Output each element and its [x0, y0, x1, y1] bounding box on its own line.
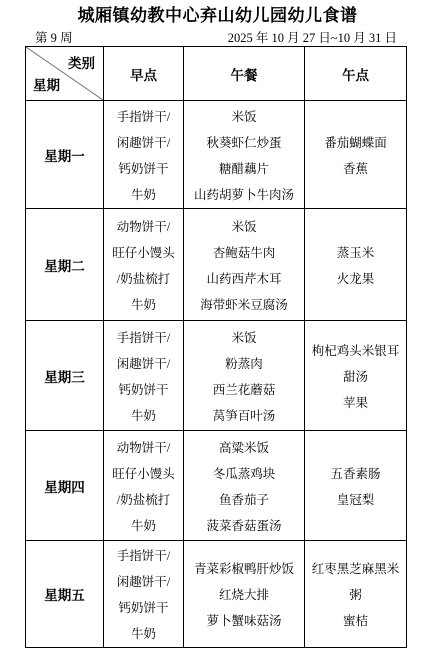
- menu-item: 米饭: [184, 213, 304, 239]
- table-row-monday: 星期一 手指饼干/ 闲趣饼干/ 钙奶饼干 牛奶 米饭 秋葵虾仁炒蛋 糖醋藕片 山…: [26, 101, 407, 209]
- corner-label-day: 星期: [33, 74, 60, 94]
- menu-item: 西兰花蘑菇: [184, 376, 304, 402]
- menu-item: 钙奶饼干: [104, 376, 183, 402]
- menu-table: 类别 星期 早点 午餐 午点 星期一 手指饼干/ 闲趣饼干/ 钙奶饼干 牛奶 米…: [25, 46, 407, 648]
- menu-item: 粉蒸肉: [184, 350, 304, 376]
- snack-cell: 蒸玉米 火龙果: [305, 209, 407, 321]
- menu-item: 萝卜蟹味菇汤: [184, 607, 304, 633]
- table-row-wednesday: 星期三 手指饼干/ 闲趣饼干/ 钙奶饼干 牛奶 米饭 粉蒸肉 西兰花蘑菇 莴笋百…: [26, 321, 407, 431]
- day-label: 星期一: [26, 101, 104, 209]
- day-label: 星期三: [26, 321, 104, 431]
- date-range: 2025 年 10 月 27 日~10 月 31 日: [228, 28, 397, 46]
- snack-cell: 五香素肠 皇冠梨: [305, 431, 407, 541]
- menu-item: 牛奶: [104, 291, 183, 317]
- day-label: 星期四: [26, 431, 104, 541]
- menu-item: 动物饼干/: [104, 213, 183, 239]
- breakfast-cell: 动物饼干/ 旺仔小馒头 /奶盐梳打 牛奶: [104, 431, 184, 541]
- menu-item: 钙奶饼干: [104, 594, 183, 620]
- day-label: 星期二: [26, 209, 104, 321]
- table-row-thursday: 星期四 动物饼干/ 旺仔小馒头 /奶盐梳打 牛奶 高粱米饭 冬瓜蒸鸡块 鱼香茄子…: [26, 431, 407, 541]
- menu-item: 闲趣饼干/: [104, 568, 183, 594]
- menu-item: 香蕉: [305, 155, 406, 181]
- menu-item: 手指饼干/: [104, 542, 183, 568]
- menu-item: 钙奶饼干: [104, 155, 183, 181]
- corner-label-category: 类别: [68, 52, 95, 72]
- column-header-breakfast: 早点: [104, 47, 184, 101]
- breakfast-cell: 手指饼干/ 闲趣饼干/ 钙奶饼干 牛奶: [104, 321, 184, 431]
- menu-item: 米饭: [184, 103, 304, 129]
- page-title: 城厢镇幼教中心弃山幼儿园幼儿食谱: [0, 0, 435, 26]
- menu-item: 山药胡萝卜牛肉汤: [184, 181, 304, 207]
- menu-item: 蜜桔: [305, 607, 406, 633]
- lunch-cell: 米饭 秋葵虾仁炒蛋 糖醋藕片 山药胡萝卜牛肉汤: [184, 101, 305, 209]
- menu-item: 莴笋百叶汤: [184, 402, 304, 428]
- breakfast-cell: 动物饼干/ 旺仔小馒头 /奶盐梳打 牛奶: [104, 209, 184, 321]
- menu-item: /奶盐梳打: [104, 265, 183, 291]
- menu-item: 红烧大排: [184, 581, 304, 607]
- menu-item: 牛奶: [104, 181, 183, 207]
- menu-item: 冬瓜蒸鸡块: [184, 460, 304, 486]
- menu-item: /奶盐梳打: [104, 486, 183, 512]
- day-label: 星期五: [26, 541, 104, 648]
- menu-item: 五香素肠: [305, 460, 406, 486]
- breakfast-cell: 手指饼干/ 闲趣饼干/ 钙奶饼干 牛奶: [104, 101, 184, 209]
- menu-item: 苹果: [305, 389, 406, 415]
- food-menu-page: 城厢镇幼教中心弃山幼儿园幼儿食谱 第 9 周 2025 年 10 月 27 日~…: [0, 0, 435, 662]
- menu-item: 牛奶: [104, 402, 183, 428]
- menu-item: 牛奶: [104, 512, 183, 538]
- menu-item: 旺仔小馒头: [104, 239, 183, 265]
- menu-item: 手指饼干/: [104, 103, 183, 129]
- breakfast-cell: 手指饼干/ 闲趣饼干/ 钙奶饼干 牛奶: [104, 541, 184, 648]
- menu-item: 红枣黑芝麻黑米: [305, 555, 406, 581]
- snack-cell: 番茄蝴蝶面 香蕉: [305, 101, 407, 209]
- menu-item: 闲趣饼干/: [104, 350, 183, 376]
- menu-item: 秋葵虾仁炒蛋: [184, 129, 304, 155]
- table-row-tuesday: 星期二 动物饼干/ 旺仔小馒头 /奶盐梳打 牛奶 米饭 杏鲍菇牛肉 山药西芹木耳…: [26, 209, 407, 321]
- menu-item: 牛奶: [104, 620, 183, 646]
- snack-cell: 枸杞鸡头米银耳 甜汤 苹果: [305, 321, 407, 431]
- lunch-cell: 高粱米饭 冬瓜蒸鸡块 鱼香茄子 菠菜香菇蛋汤: [184, 431, 305, 541]
- menu-item: 高粱米饭: [184, 434, 304, 460]
- menu-item: 手指饼干/: [104, 324, 183, 350]
- menu-item: 甜汤: [305, 363, 406, 389]
- menu-item: 闲趣饼干/: [104, 129, 183, 155]
- menu-item: 粥: [305, 581, 406, 607]
- menu-item: 动物饼干/: [104, 434, 183, 460]
- column-header-snack: 午点: [305, 47, 407, 101]
- week-label: 第 9 周: [35, 28, 73, 46]
- table-row-friday: 星期五 手指饼干/ 闲趣饼干/ 钙奶饼干 牛奶 青菜彩椒鸭肝炒饭 红烧大排 萝卜…: [26, 541, 407, 648]
- menu-item: 杏鲍菇牛肉: [184, 239, 304, 265]
- snack-cell: 红枣黑芝麻黑米 粥 蜜桔: [305, 541, 407, 648]
- menu-item: 米饭: [184, 324, 304, 350]
- meta-row: 第 9 周 2025 年 10 月 27 日~10 月 31 日: [25, 28, 406, 46]
- lunch-cell: 米饭 粉蒸肉 西兰花蘑菇 莴笋百叶汤: [184, 321, 305, 431]
- menu-item: 海带虾米豆腐汤: [184, 291, 304, 317]
- lunch-cell: 青菜彩椒鸭肝炒饭 红烧大排 萝卜蟹味菇汤: [184, 541, 305, 648]
- menu-item: 皇冠梨: [305, 486, 406, 512]
- menu-item: 菠菜香菇蛋汤: [184, 512, 304, 538]
- menu-item: 番茄蝴蝶面: [305, 129, 406, 155]
- menu-item: 糖醋藕片: [184, 155, 304, 181]
- header-row: 类别 星期 早点 午餐 午点: [26, 47, 407, 101]
- menu-item: 青菜彩椒鸭肝炒饭: [184, 555, 304, 581]
- menu-item: 火龙果: [305, 265, 406, 291]
- menu-item: 蒸玉米: [305, 239, 406, 265]
- menu-item: 旺仔小馒头: [104, 460, 183, 486]
- lunch-cell: 米饭 杏鲍菇牛肉 山药西芹木耳 海带虾米豆腐汤: [184, 209, 305, 321]
- menu-item: 鱼香茄子: [184, 486, 304, 512]
- menu-item: 山药西芹木耳: [184, 265, 304, 291]
- corner-cell: 类别 星期: [26, 47, 104, 101]
- column-header-lunch: 午餐: [184, 47, 305, 101]
- menu-item: 枸杞鸡头米银耳: [305, 337, 406, 363]
